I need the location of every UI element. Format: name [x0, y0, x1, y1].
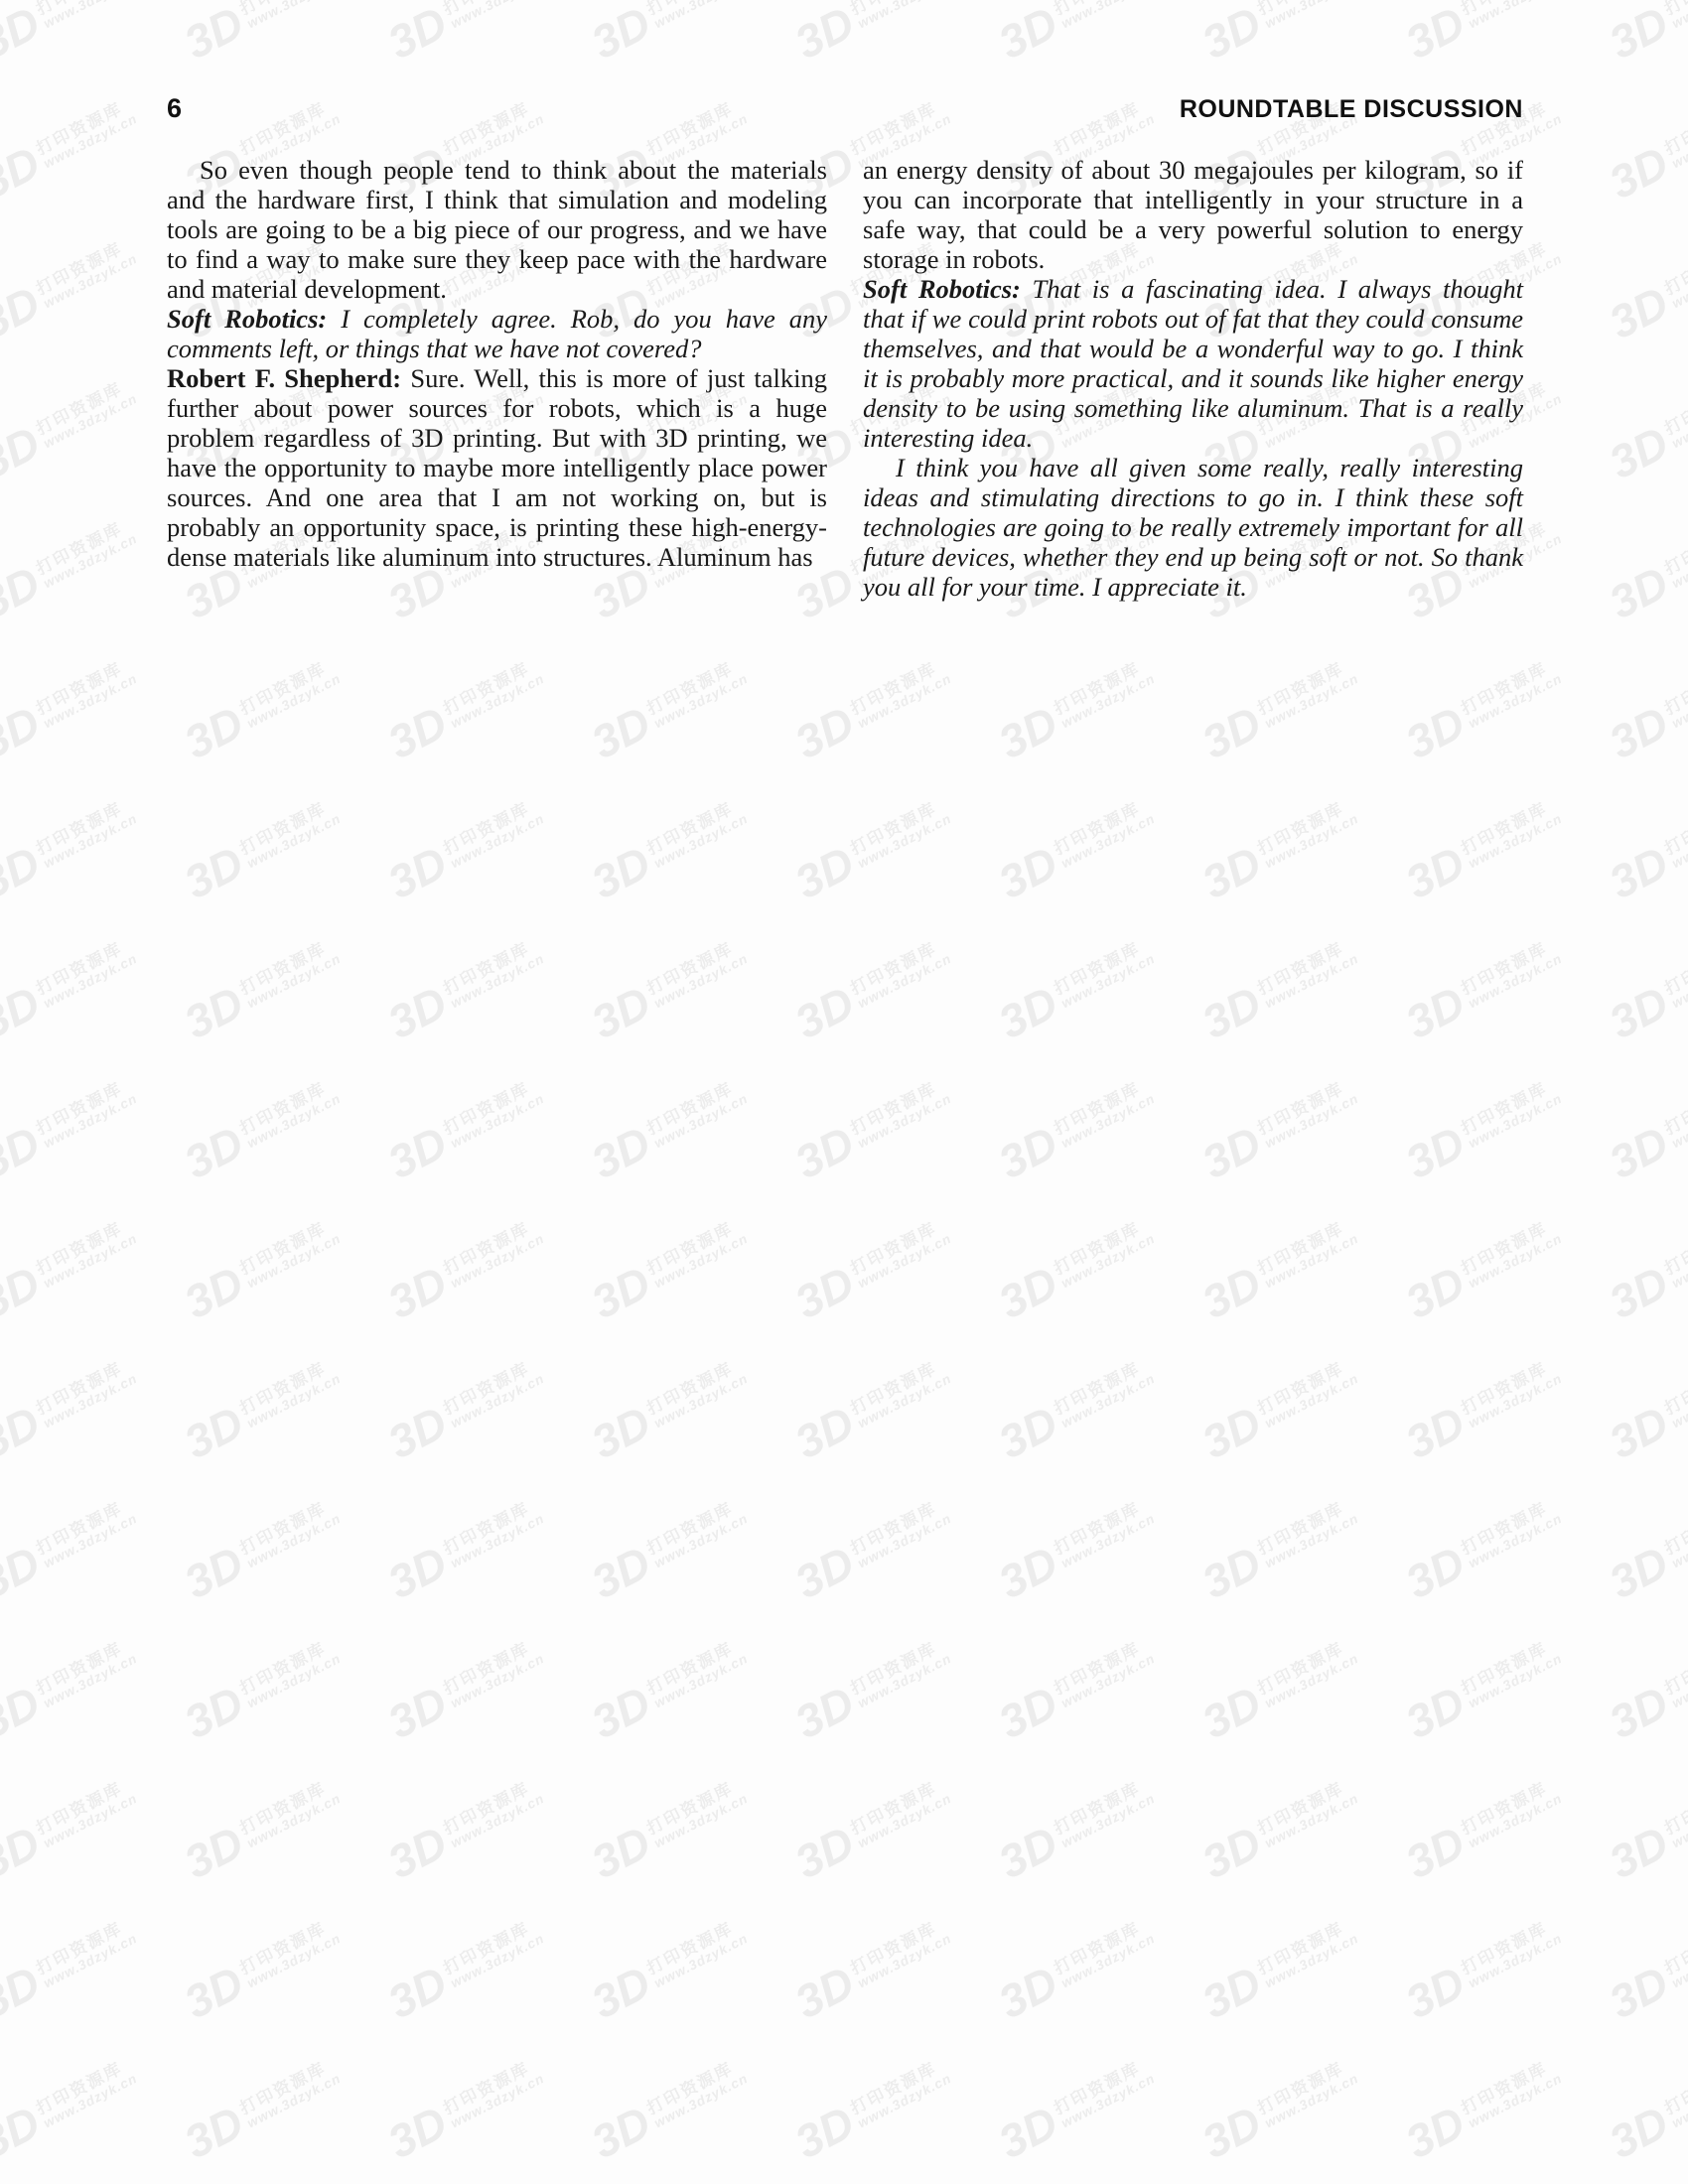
page-number: 6 [167, 93, 182, 124]
left-column: So even though people tend to think abou… [167, 155, 827, 602]
body-text: an energy density of about 30 megajoules… [863, 155, 1523, 274]
paragraph-continuation: an energy density of about 30 megajoules… [863, 155, 1523, 274]
speaker-label: Soft Robotics: [863, 274, 1021, 304]
paragraph-shepherd-answer: Robert F. Shepherd: Sure. Well, this is … [167, 363, 827, 572]
page-content: 6 ROUNDTABLE DISCUSSION So even though p… [0, 0, 1688, 2184]
page-header: 6 ROUNDTABLE DISCUSSION [167, 93, 1523, 124]
speech-text: Sure. Well, this is more of just talking… [167, 363, 827, 572]
text-columns: So even though people tend to think abou… [167, 155, 1523, 602]
paragraph-soft-robotics-reply: Soft Robotics: That is a fascinating ide… [863, 274, 1523, 453]
paragraph-materials: So even though people tend to think abou… [167, 155, 827, 304]
document-page: 3D打印资源库www.3dzyk.cn3D打印资源库www.3dzyk.cn3D… [0, 0, 1688, 2184]
body-text: So even though people tend to think abou… [167, 155, 827, 304]
speech-text: I think you have all given some really, … [863, 453, 1523, 602]
speaker-label: Soft Robotics: [167, 304, 327, 334]
paragraph-soft-robotics-question: Soft Robotics: I completely agree. Rob, … [167, 304, 827, 363]
paragraph-closing-remarks: I think you have all given some really, … [863, 453, 1523, 602]
running-head: ROUNDTABLE DISCUSSION [1180, 95, 1523, 124]
right-column: an energy density of about 30 megajoules… [863, 155, 1523, 602]
speaker-label: Robert F. Shepherd: [167, 363, 401, 393]
